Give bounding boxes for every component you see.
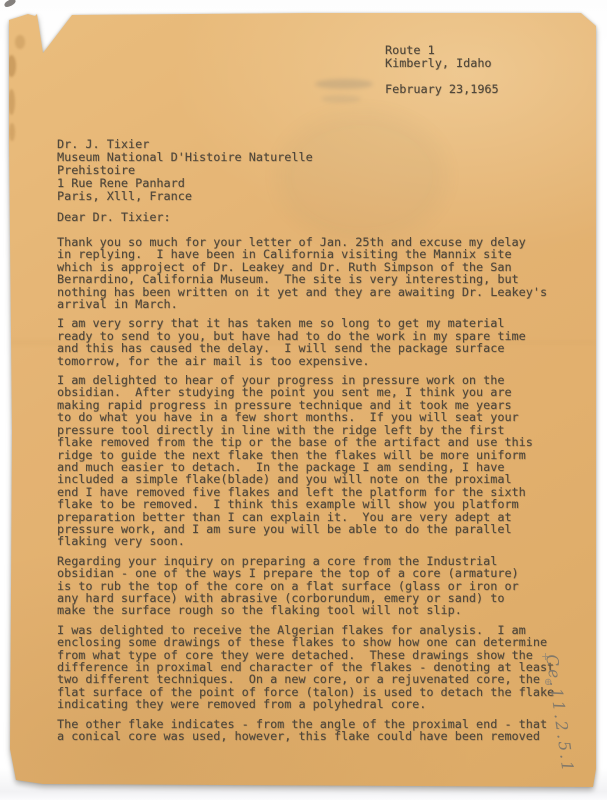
torn-edge-spot — [8, 89, 15, 115]
scanner-smudge — [3, 0, 16, 8]
pencil-plus-mark: + — [541, 650, 550, 663]
scanned-letter: Route 1 Kimberly, Idaho February 23,1965… — [0, 0, 607, 800]
salutation: Dear Dr. Tixier: — [57, 211, 171, 223]
ink-smudge — [321, 95, 361, 103]
paragraph-4: Regarding your inquiry on preparing a co… — [57, 555, 557, 617]
paragraph-6: The other flake indicates - from the ang… — [57, 718, 557, 743]
ink-smudge — [315, 79, 373, 89]
pencil-circle-mark: ⊕ — [544, 677, 552, 688]
paragraph-3: I am delighted to hear of your progress … — [57, 374, 557, 548]
letter-paper: Route 1 Kimberly, Idaho February 23,1965… — [9, 11, 596, 787]
recipient-address: Dr. J. Tixier Museum National D'Histoire… — [57, 138, 313, 203]
letter-body: Thank you so much for your letter of Jan… — [57, 236, 557, 749]
torn-edge-spot — [9, 123, 15, 141]
torn-edge-spot — [7, 55, 16, 77]
sender-address: Route 1 Kimberly, Idaho — [385, 44, 492, 70]
paper-sheet: Route 1 Kimberly, Idaho February 23,1965… — [9, 11, 596, 787]
paragraph-5: I was delighted to receive the Algerian … — [57, 624, 557, 711]
letter-date: February 23,1965 — [385, 83, 499, 95]
paragraph-1: Thank you so much for your letter of Jan… — [57, 236, 557, 310]
paragraph-2: I am very sorry that it has taken me so … — [57, 317, 557, 367]
torn-edge-spot — [15, 35, 25, 49]
